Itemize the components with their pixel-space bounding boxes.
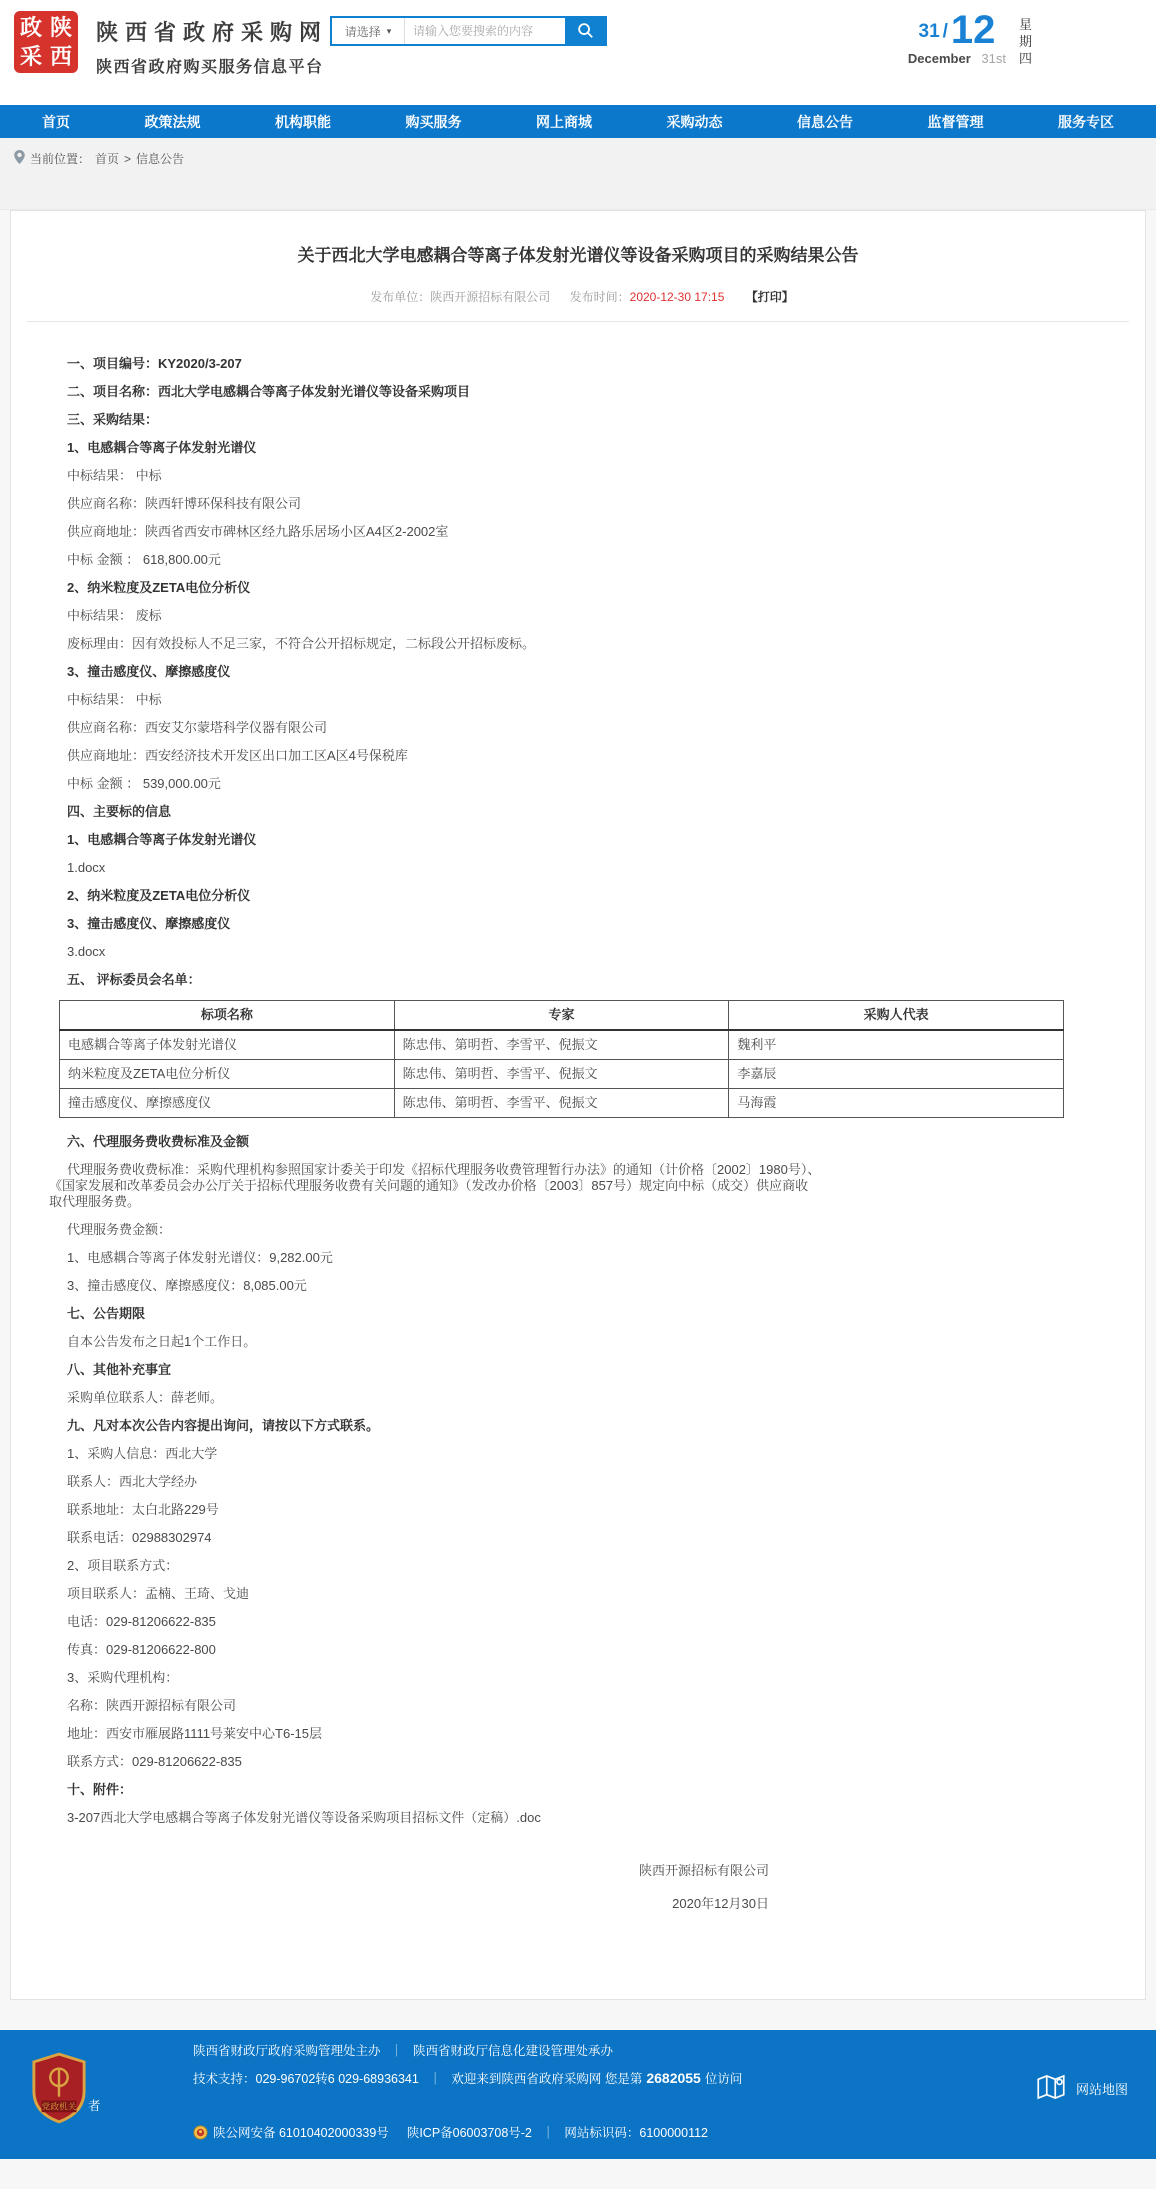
main-nav: 首页政策法规机构职能购买服务网上商城采购动态信息公告监督管理服务专区 xyxy=(0,105,1156,138)
search-box: 请选择 ▾ xyxy=(330,16,607,46)
article-meta: 发布单位：陕西开源招标有限公司 发布时间：2020-12-30 17:15 【打… xyxy=(11,288,1145,305)
ga-beian-link[interactable]: 陕公网安备 61010402000339号 xyxy=(213,2126,389,2140)
search-input[interactable] xyxy=(405,18,565,44)
footer-separator: ｜ xyxy=(391,2044,404,2058)
nav-item-1[interactable]: 首页 xyxy=(42,112,70,132)
date-slash: / xyxy=(943,21,948,42)
table-cell: 纳米粒度及ZETA电位分析仪 xyxy=(60,1060,395,1089)
search-button[interactable] xyxy=(565,18,605,44)
nav-item-8[interactable]: 监督管理 xyxy=(928,112,984,132)
breadcrumb: 当前位置： 首页 > 信息公告 xyxy=(14,150,1156,167)
body-paragraph: 代理服务费收费标准：采购代理机构参照国家计委关于印发《招标代理服务收费管理暂行办… xyxy=(49,1162,821,1210)
site-code: 网站标识码：6100000112 xyxy=(564,2126,708,2140)
footer-welcome-tail: 位访问 xyxy=(705,2072,743,2086)
nav-item-6[interactable]: 采购动态 xyxy=(667,112,723,132)
footer-separator: ｜ xyxy=(429,2072,442,2086)
body-paragraph: 中标 金额 ： 539,000.00元 xyxy=(49,776,821,792)
date-subline: December 31st xyxy=(908,51,1006,66)
site-subtitle: 陕西省政府购买服务信息平台 xyxy=(96,54,328,77)
nav-item-3[interactable]: 机构职能 xyxy=(275,112,331,132)
body-paragraph: 3、采购代理机构： xyxy=(49,1670,821,1686)
attachment-link[interactable]: 1.docx xyxy=(49,860,821,876)
article-card: 关于西北大学电感耦合等离子体发射光谱仪等设备采购项目的采购结果公告 发布单位：陕… xyxy=(10,210,1146,2000)
body-paragraph: 采购单位联系人：薛老师。 xyxy=(49,1390,821,1406)
body-paragraph: 1、采购人信息：西北大学 xyxy=(49,1446,821,1462)
caret-down-icon: ▾ xyxy=(387,26,392,37)
section-heading: 六、代理服务费收费标准及金额 xyxy=(49,1134,821,1150)
publish-time-value: 2020-12-30 17:15 xyxy=(630,290,725,304)
footer-text: 陕西省财政厅政府采购管理处主办｜陕西省财政厅信息化建设管理处承办 技术支持：02… xyxy=(88,2038,968,2150)
date-numbers: 31/12 xyxy=(908,10,1006,50)
table-cell: 电感耦合等离子体发射光谱仪 xyxy=(60,1030,395,1060)
table-cell: 马海霞 xyxy=(729,1089,1064,1118)
table-header-cell: 采购人代表 xyxy=(729,1001,1064,1031)
footer-line-beian: 陕公网安备 61010402000339号陕ICP备06003708号-2｜网站… xyxy=(88,2120,968,2150)
breadcrumb-label: 当前位置： xyxy=(30,150,90,167)
section-heading: 二、项目名称：西北大学电感耦合等离子体发射光谱仪等设备采购项目 xyxy=(49,384,821,400)
attachment-link[interactable]: 3-207西北大学电感耦合等离子体发射光谱仪等设备采购项目招标文件（定稿）.do… xyxy=(49,1810,821,1826)
body-paragraph: 中标结果： 废标 xyxy=(49,608,821,624)
logo-char: 采 xyxy=(17,43,45,70)
body-paragraph: 1、电感耦合等离子体发射光谱仪：9,282.00元 xyxy=(49,1250,821,1266)
footer-sponsor-b: 陕西省财政厅信息化建设管理处承办 xyxy=(413,2044,613,2058)
section-heading: 七、公告期限 xyxy=(49,1306,821,1322)
svg-text:党政机关: 党政机关 xyxy=(42,2100,77,2111)
body-paragraph: 代理服务费金额： xyxy=(49,1222,821,1238)
table-cell: 撞击感度仪、摩擦感度仪 xyxy=(60,1089,395,1118)
article-body: 一、项目编号：KY2020/3-207二、项目名称：西北大学电感耦合等离子体发射… xyxy=(11,322,821,1826)
table-row: 电感耦合等离子体发射光谱仪陈忠伟、第明哲、李雪平、倪振文魏利平 xyxy=(60,1030,1064,1060)
footer-separator: ｜ xyxy=(542,2126,555,2140)
article-title: 关于西北大学电感耦合等离子体发射光谱仪等设备采购项目的采购结果公告 xyxy=(11,211,1145,266)
footer-line-support: 技术支持：029-96702转6 029-68936341｜欢迎来到陕西省政府采… xyxy=(88,2065,968,2093)
attachment-link[interactable]: 3.docx xyxy=(49,944,821,960)
nav-item-7[interactable]: 信息公告 xyxy=(797,112,853,132)
body-paragraph: 电话：029-81206622-835 xyxy=(49,1614,821,1630)
body-paragraph: 项目联系人：孟楠、王琦、戈迪 xyxy=(49,1586,821,1602)
footer-tech-support: 技术支持：029-96702转6 029-68936341 xyxy=(193,2072,419,2086)
body-paragraph: 供应商名称：西安艾尔蒙塔科学仪器有限公司 xyxy=(49,720,821,736)
date-widget: 31/12 December 31st xyxy=(908,10,1006,66)
breadcrumb-current[interactable]: 信息公告 xyxy=(136,150,184,167)
section-heading: 3、撞击感度仪、摩擦感度仪 xyxy=(49,916,821,932)
article-body-top: 一、项目编号：KY2020/3-207二、项目名称：西北大学电感耦合等离子体发射… xyxy=(49,356,821,988)
body-paragraph: 中标结果： 中标 xyxy=(49,692,821,708)
body-paragraph: 传真：029-81206622-800 xyxy=(49,1642,821,1658)
body-paragraph: 中标结果： 中标 xyxy=(49,468,821,484)
nav-item-9[interactable]: 服务专区 xyxy=(1058,112,1114,132)
date-month-en: December xyxy=(908,51,971,66)
section-heading: 四、主要标的信息 xyxy=(49,804,821,820)
body-paragraph: 名称：陕西开源招标有限公司 xyxy=(49,1698,821,1714)
body-paragraph: 地址：西安市雁展路1111号莱安中心T6-15层 xyxy=(49,1726,821,1742)
footer-line-sponsors: 陕西省财政厅政府采购管理处主办｜陕西省财政厅信息化建设管理处承办 xyxy=(88,2038,968,2065)
print-button[interactable]: 【打印】 xyxy=(746,290,794,304)
table-header-row: 标项名称专家采购人代表 xyxy=(60,1001,1064,1031)
gov-emblem-icon: 党政机关 xyxy=(30,2052,88,2127)
logo-char: 西 xyxy=(47,43,75,70)
body-paragraph: 2、项目联系方式： xyxy=(49,1558,821,1574)
section-heading: 十、附件： xyxy=(49,1782,821,1798)
table-row: 撞击感度仪、摩擦感度仪陈忠伟、第明哲、李雪平、倪振文马海霞 xyxy=(60,1089,1064,1118)
table-row: 纳米粒度及ZETA电位分析仪陈忠伟、第明哲、李雪平、倪振文李嘉辰 xyxy=(60,1060,1064,1089)
section-heading: 2、纳米粒度及ZETA电位分析仪 xyxy=(49,580,821,596)
body-paragraph: 联系地址：太白北路229号 xyxy=(49,1502,821,1518)
section-heading: 五、 评标委员会名单： xyxy=(49,972,821,988)
signature-date: 2020年12月30日 xyxy=(49,1893,769,1912)
section-heading: 九、凡对本次公告内容提出询问，请按以下方式联系。 xyxy=(49,1418,821,1434)
body-paragraph: 联系人：西北大学经办 xyxy=(49,1474,821,1490)
body-paragraph: 供应商名称：陕西轩博环保科技有限公司 xyxy=(49,496,821,512)
body-paragraph: 自本公告发布之日起1个工作日。 xyxy=(49,1334,821,1350)
icp-beian-link[interactable]: 陕ICP备06003708号-2 xyxy=(407,2126,532,2140)
body-paragraph: 联系方式：029-81206622-835 xyxy=(49,1754,821,1770)
date-day: 31 xyxy=(919,21,940,42)
section-heading: 3、撞击感度仪、摩擦感度仪 xyxy=(49,664,821,680)
footer-welcome: 欢迎来到陕西省政府采购网 您是第 xyxy=(451,2072,642,2086)
signature-block: 陕西开源招标有限公司 2020年12月30日 xyxy=(11,1860,821,1912)
site-names: 陕西省政府采购网 陕西省政府购买服务信息平台 xyxy=(96,16,328,77)
footer-sponsor-a: 陕西省财政厅政府采购管理处主办 xyxy=(193,2044,381,2058)
body-paragraph: 供应商地址：西安经济技术开发区出口加工区A区4号保税库 xyxy=(49,748,821,764)
publish-time: 发布时间：2020-12-30 17:15 xyxy=(570,290,725,304)
site-footer: 党政机关 陕西省财政厅政府采购管理处主办｜陕西省财政厅信息化建设管理处承办 技术… xyxy=(0,2030,1156,2159)
table-cell: 魏利平 xyxy=(729,1030,1064,1060)
location-pin-icon xyxy=(14,150,25,167)
table-cell: 陈忠伟、第明哲、李雪平、倪振文 xyxy=(394,1030,729,1060)
sitemap-link[interactable]: 网站地图 xyxy=(1034,2070,1128,2107)
table-header-cell: 专家 xyxy=(394,1001,729,1031)
body-paragraph: 供应商地址：陕西省西安市碑林区经九路乐居场小区A4区2-2002室 xyxy=(49,524,821,540)
search-category-label: 请选择 xyxy=(345,23,381,40)
breadcrumb-separator: > xyxy=(124,152,131,166)
search-icon xyxy=(576,21,594,42)
table-cell: 陈忠伟、第明哲、李雪平、倪振文 xyxy=(394,1060,729,1089)
breadcrumb-home-link[interactable]: 首页 xyxy=(95,150,119,167)
site-logo: 政 陕 采 西 xyxy=(14,11,78,73)
nav-item-2[interactable]: 政策法规 xyxy=(145,112,201,132)
body-paragraph: 联系电话：02988302974 xyxy=(49,1530,821,1546)
sitemap-map-icon xyxy=(1034,2070,1068,2107)
footer-line-wrap: 者 xyxy=(88,2093,968,2120)
evaluation-committee-table: 标项名称专家采购人代表 电感耦合等离子体发射光谱仪陈忠伟、第明哲、李雪平、倪振文… xyxy=(59,1000,1064,1118)
table-cell: 陈忠伟、第明哲、李雪平、倪振文 xyxy=(394,1089,729,1118)
signature-company: 陕西开源招标有限公司 xyxy=(49,1860,769,1879)
section-heading: 1、电感耦合等离子体发射光谱仪 xyxy=(49,440,821,456)
date-weekday: 星期四 xyxy=(1019,16,1034,67)
body-paragraph: 废标理由：因有效投标人不足三家，不符合公开招标规定，二标段公开招标废标。 xyxy=(49,636,821,652)
publisher: 发布单位：陕西开源招标有限公司 xyxy=(370,290,550,304)
police-badge-icon xyxy=(193,2123,208,2150)
body-paragraph: 3、撞击感度仪、摩擦感度仪：8,085.00元 xyxy=(49,1278,821,1294)
search-category-select[interactable]: 请选择 ▾ xyxy=(332,18,405,44)
table-header-cell: 标项名称 xyxy=(60,1001,395,1031)
date-month: 12 xyxy=(951,8,996,52)
body-paragraph: 中标 金额 ： 618,800.00元 xyxy=(49,552,821,568)
logo-char: 陕 xyxy=(47,14,75,41)
table-cell: 李嘉辰 xyxy=(729,1060,1064,1089)
logo-char: 政 xyxy=(17,14,45,41)
section-heading: 1、电感耦合等离子体发射光谱仪 xyxy=(49,832,821,848)
nav-item-5[interactable]: 网上商城 xyxy=(536,112,592,132)
visitor-count: 2682055 xyxy=(646,2070,701,2086)
site-title: 陕西省政府采购网 xyxy=(96,16,328,47)
sitemap-label: 网站地图 xyxy=(1076,2079,1128,2098)
section-heading: 2、纳米粒度及ZETA电位分析仪 xyxy=(49,888,821,904)
article-body-bottom: 六、代理服务费收费标准及金额代理服务费收费标准：采购代理机构参照国家计委关于印发… xyxy=(49,1134,821,1826)
section-heading: 三、采购结果： xyxy=(49,412,821,428)
section-heading: 一、项目编号：KY2020/3-207 xyxy=(49,356,821,372)
site-header: 政 陕 采 西 陕西省政府采购网 陕西省政府购买服务信息平台 请选择 ▾ 31/… xyxy=(0,0,1156,105)
date-day-ordinal: 31st xyxy=(981,51,1006,66)
nav-item-4[interactable]: 购买服务 xyxy=(406,112,462,132)
section-heading: 八、其他补充事宜 xyxy=(49,1362,821,1378)
breadcrumb-strip: 当前位置： 首页 > 信息公告 xyxy=(0,138,1156,210)
